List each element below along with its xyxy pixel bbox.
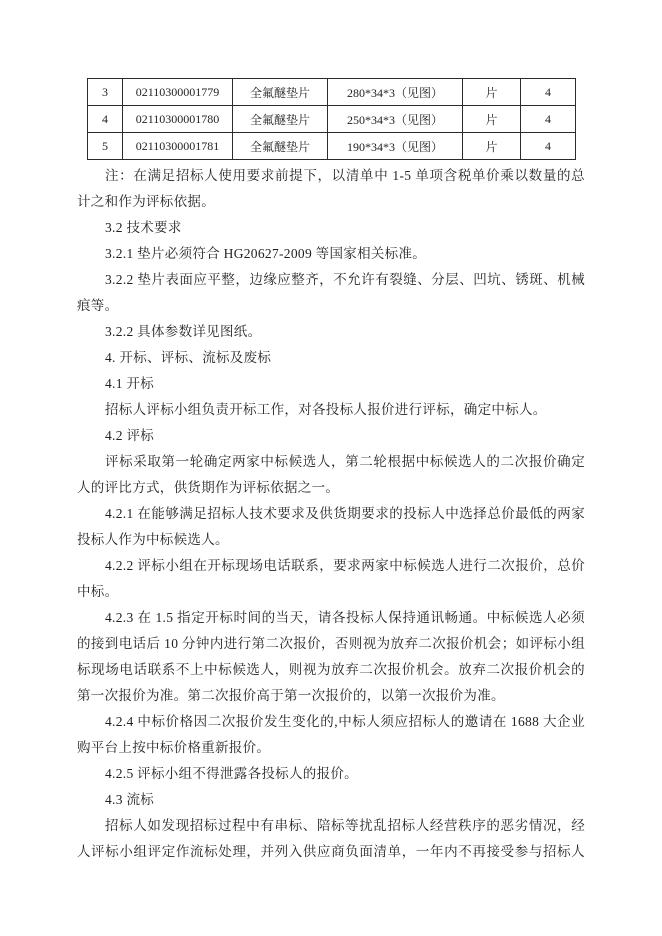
text-line: 3.2 技术要求 <box>77 215 585 241</box>
text-line: 人评标小组评定作流标处理，并列入供应商负面清单，一年内不再接受参与招标人招标 <box>77 839 585 865</box>
text-line: 3.2.2 垫片表面应平整，边缘应整齐，不允许有裂缝、分层、凹坑、锈斑、机械划 <box>77 267 585 293</box>
text-line: 招标人评标小组负责开标工作，对各投标人报价进行评标，确定中标人。 <box>77 397 585 423</box>
text-line: 4.2.5 评标小组不得泄露各投标人的报价。 <box>77 761 585 787</box>
cell-name: 全氟醚垫片 <box>233 106 328 133</box>
cell-qty: 4 <box>521 133 576 160</box>
text-line: 4.2.4 中标价格因二次报价发生变化的,中标人须应招标人的邀请在 1688 大… <box>77 709 585 735</box>
cell-spec: 280*34*3（见图） <box>328 79 463 106</box>
cell-code: 02110300001781 <box>123 133 233 160</box>
text-line: 计之和作为评标依据。 <box>77 189 585 215</box>
document-page: 302110300001779全氟醚垫片280*34*3（见图）片4402110… <box>0 0 662 936</box>
text-line: 痕等。 <box>77 293 585 319</box>
text-line: 4.3 流标 <box>77 787 585 813</box>
text-line: 4. 开标、评标、流标及废标 <box>77 345 585 371</box>
table-row: 502110300001781全氟醚垫片190*34*3（见图）片4 <box>88 133 576 160</box>
cell-name: 全氟醚垫片 <box>233 133 328 160</box>
text-line: 评标采取第一轮确定两家中标候选人，第二轮根据中标候选人的二次报价确定中标 <box>77 449 585 475</box>
text-line: 3.2.1 垫片必须符合 HG20627-2009 等国家相关标准。 <box>77 241 585 267</box>
cell-name: 全氟醚垫片 <box>233 79 328 106</box>
text-line: 的接到电话后 10 分钟内进行第二次报价，否则视为放弃二次报价机会；如评标小组开 <box>77 631 585 657</box>
cell-spec: 250*34*3（见图） <box>328 106 463 133</box>
document-body: 注：在满足招标人使用要求前提下，以清单中 1-5 单项含税单价乘以数量的总价累计… <box>77 163 585 865</box>
text-line: 4.2.2 评标小组在开标现场电话联系，要求两家中标候选人进行二次报价，总价低 <box>77 553 585 579</box>
text-line: 投标人作为中标候选人。 <box>77 527 585 553</box>
table-row: 402110300001780全氟醚垫片250*34*3（见图）片4 <box>88 106 576 133</box>
cell-qty: 4 <box>521 79 576 106</box>
text-line: 标现场电话联系不上中标候选人，则视为放弃二次报价机会。放弃二次报价机会的以其 <box>77 657 585 683</box>
cell-spec: 190*34*3（见图） <box>328 133 463 160</box>
text-line: 4.1 开标 <box>77 371 585 397</box>
text-line: 4.2 评标 <box>77 423 585 449</box>
text-line: 招标人如发现招标过程中有串标、陪标等扰乱招标人经营秩序的恶劣情况，经招标 <box>77 813 585 839</box>
cell-unit: 片 <box>463 106 521 133</box>
cell-no: 4 <box>88 106 123 133</box>
table-row: 302110300001779全氟醚垫片280*34*3（见图）片4 <box>88 79 576 106</box>
text-line: 中标。 <box>77 579 585 605</box>
text-line: 第一次报价为准。第二次报价高于第一次报价的，以第一次报价为准。 <box>77 683 585 709</box>
text-line: 4.2.1 在能够满足招标人技术要求及供货期要求的投标人中选择总价最低的两家 <box>77 501 585 527</box>
cell-unit: 片 <box>463 79 521 106</box>
cell-no: 3 <box>88 79 123 106</box>
text-line: 购平台上按中标价格重新报价。 <box>77 735 585 761</box>
cell-code: 02110300001779 <box>123 79 233 106</box>
text-line: 3.2.2 具体参数详见图纸。 <box>77 319 585 345</box>
text-line: 注：在满足招标人使用要求前提下，以清单中 1-5 单项含税单价乘以数量的总价累 <box>77 163 585 189</box>
cell-qty: 4 <box>521 106 576 133</box>
spec-table: 302110300001779全氟醚垫片280*34*3（见图）片4402110… <box>87 78 576 160</box>
cell-code: 02110300001780 <box>123 106 233 133</box>
text-line: 人的评比方式，供货期作为评标依据之一。 <box>77 475 585 501</box>
cell-no: 5 <box>88 133 123 160</box>
text-line: 4.2.3 在 1.5 指定开标时间的当天，请各投标人保持通讯畅通。中标候选人必… <box>77 605 585 631</box>
cell-unit: 片 <box>463 133 521 160</box>
